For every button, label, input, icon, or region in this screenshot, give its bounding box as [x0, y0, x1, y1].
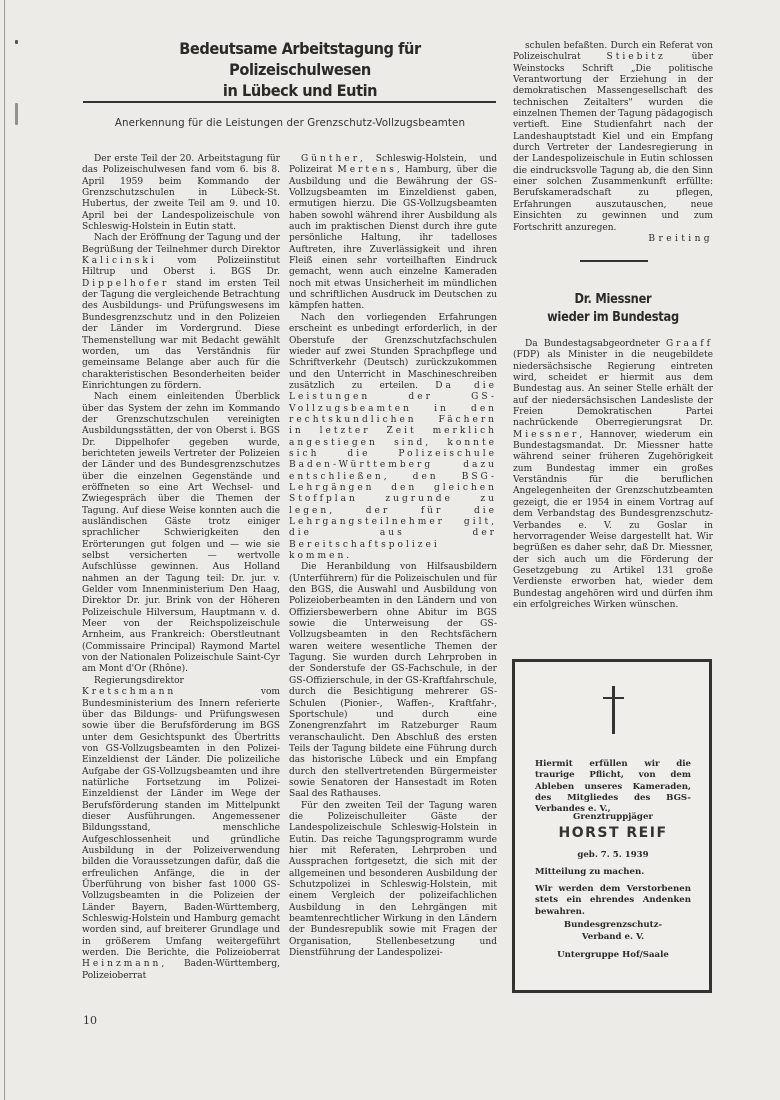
article-title-line-1: Bedeutsame Arbeitstagung für Polizeischu…	[116, 38, 483, 80]
paragraph: Günther, Schleswig-Holstein, und Polizei…	[289, 154, 497, 313]
obituary-name: HORST REIF	[525, 825, 701, 841]
news-title: Dr. Miessner wieder im Bundestag	[525, 291, 701, 327]
news-body: Da Bundestagsabgeordneter Graaff (FDP) a…	[513, 339, 713, 611]
paragraph: Der erste Teil der 20. Arbeitstagung für…	[82, 154, 280, 233]
article-author: Breiting	[513, 234, 713, 245]
page-edge	[4, 0, 5, 1100]
paragraph: Nach der Eröffnung der Tagung und der Be…	[82, 233, 280, 392]
news-title-line-2: wieder im Bundestag	[525, 309, 701, 327]
obituary-notice: Mitteilung zu machen.	[535, 867, 691, 878]
article-subtitle: Anerkennung für die Leistungen der Grenz…	[80, 117, 500, 129]
section-divider	[580, 260, 648, 262]
obituary-subgroup: Untergruppe Hof/Saale	[535, 950, 691, 961]
article-column-2: Günther, Schleswig-Holstein, und Polizei…	[289, 154, 497, 959]
obituary-birthdate: geb. 7. 5. 1939	[535, 850, 691, 861]
paragraph: schulen befaßten. Durch ein Referat von …	[513, 41, 713, 234]
article-title-line-2: in Lübeck und Eutin	[116, 80, 483, 101]
article-column-1: Der erste Teil der 20. Arbeitstagung für…	[82, 154, 280, 982]
scan-mark	[15, 103, 18, 125]
paragraph: Nach einem einleitenden Überblick über d…	[82, 392, 280, 676]
paragraph: Regierungsdirektor Kretschmann vom Bunde…	[82, 676, 280, 982]
title-divider	[83, 101, 496, 103]
article-column-3: schulen befaßten. Durch ein Referat von …	[513, 41, 713, 245]
news-title-line-1: Dr. Miessner	[525, 291, 701, 309]
page-number: 10	[83, 1014, 97, 1027]
article-title: Bedeutsame Arbeitstagung für Polizeischu…	[116, 38, 483, 101]
paragraph: Nach den vorliegenden Erfahrungen ersche…	[289, 313, 497, 563]
obituary-org-line-2: Verband e. V.	[535, 932, 691, 943]
obituary-intro: Hiermit erfüllen wir die traurige Pflich…	[535, 759, 691, 815]
scan-mark	[15, 40, 18, 44]
paragraph: Die Heranbildung von Hilfsausbildern (Un…	[289, 562, 497, 800]
obituary-rank: Grenztruppjäger	[535, 812, 691, 823]
obituary-closing: Wir werden dem Verstorbenen stets ein eh…	[535, 884, 691, 918]
paragraph: Da Bundestagsabgeordneter Graaff (FDP) a…	[513, 339, 713, 611]
obituary-org-line-1: Bundesgrenzschutz-	[535, 920, 691, 931]
article-column-3-text: schulen befaßten. Durch ein Referat von …	[513, 41, 713, 234]
paragraph: Für den zweiten Teil der Tagung waren di…	[289, 801, 497, 960]
obituary-box: Hiermit erfüllen wir die traurige Pflich…	[512, 659, 712, 993]
